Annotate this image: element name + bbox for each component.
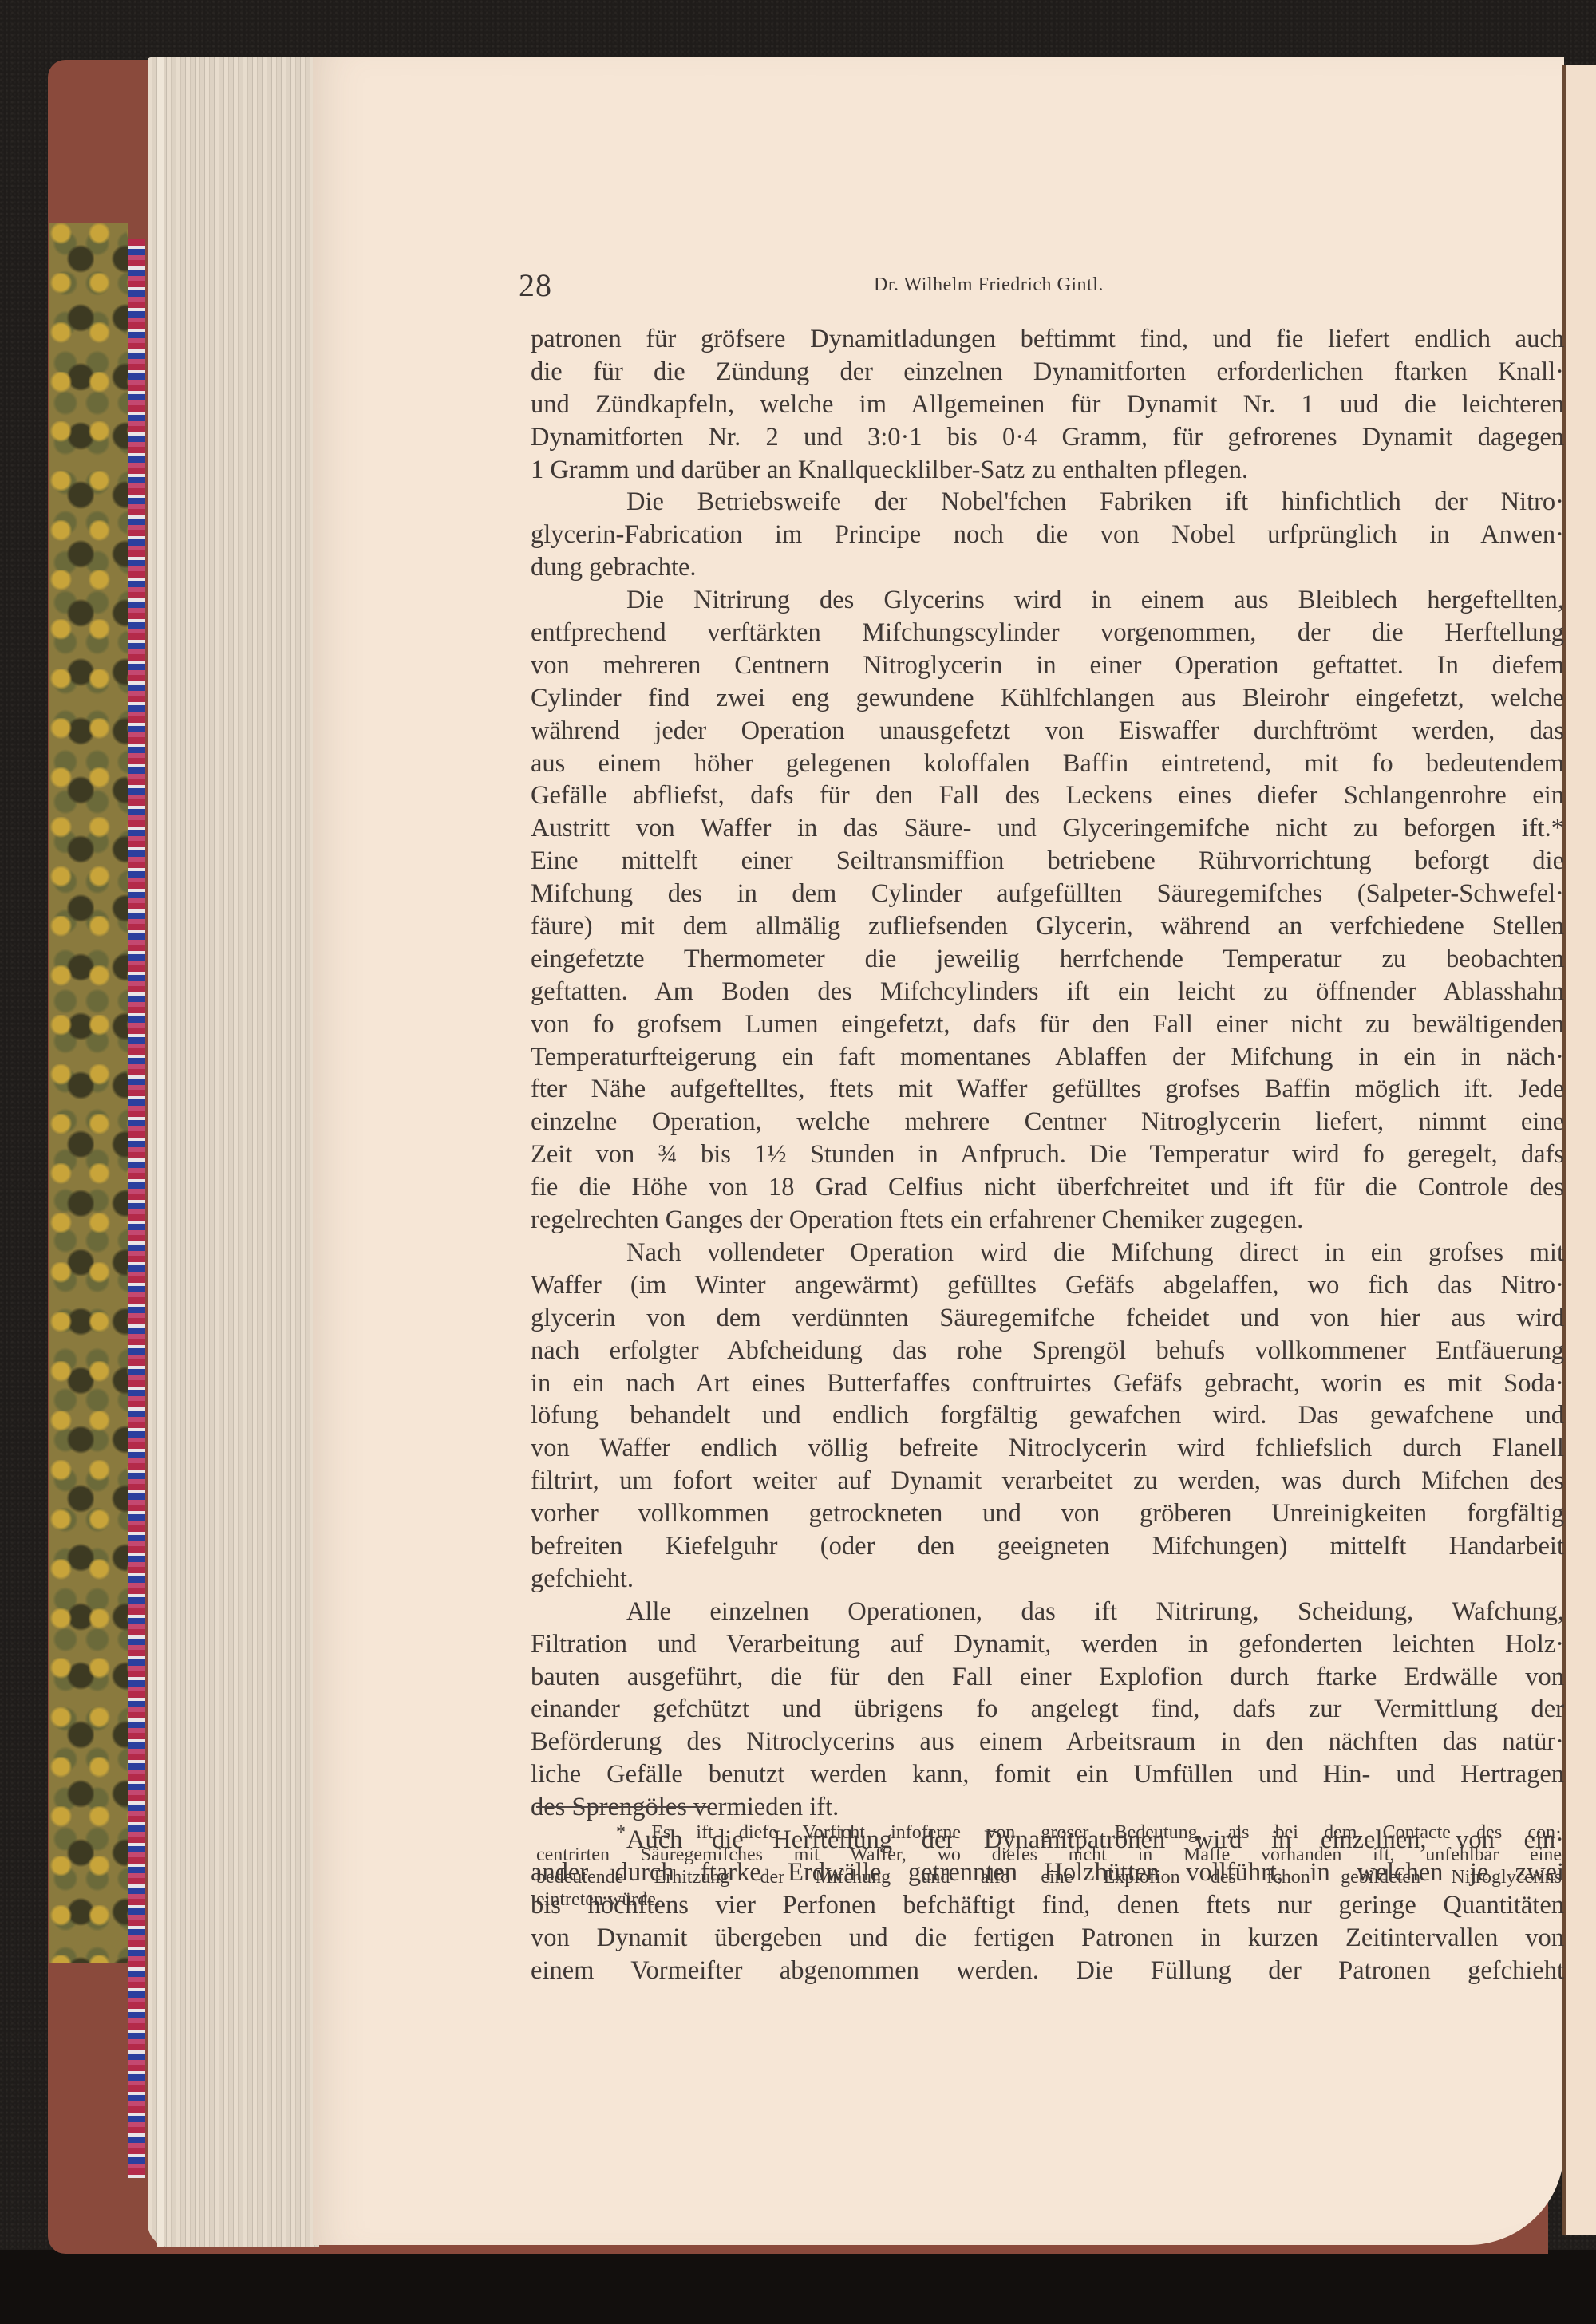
paragraph: Alle einzelnen Operationen, das ift Nitr…: [531, 1596, 1564, 1824]
text-line: von Waffer endlich völlig befreite Nitro…: [531, 1432, 1564, 1465]
text-line: von mehreren Centnern Nitroglycerin in e…: [531, 649, 1564, 682]
text-line: aus einem höher gelegenen koloffalen Baf…: [531, 748, 1564, 780]
paragraph: patronen für gröfsere Dynamitladungen be…: [531, 323, 1564, 486]
text-line: befreiten Kiefelguhr (oder den geeignete…: [531, 1530, 1564, 1563]
text-line: glycerin-Fabrication im Principe noch di…: [531, 519, 1564, 551]
footnote-line: centrirten Säuregemifches mit Waffer, wo…: [536, 1844, 1562, 1866]
facing-page-edge: [1566, 65, 1596, 2235]
footnote: * Es ift diefe Vorficht infoferne von gr…: [536, 1821, 1562, 1911]
text-line: von Dynamit übergeben und die fertigen P…: [531, 1922, 1564, 1955]
text-line: Alle einzelnen Operationen, das ift Nitr…: [531, 1596, 1564, 1628]
footnote-line: bedeutende Erhitzung der Mifchung und al…: [536, 1866, 1562, 1888]
text-line: Waffer (im Winter angewärmt) gefülltes G…: [531, 1269, 1564, 1302]
page-block-edges: [148, 57, 319, 2247]
text-line: geftatten. Am Boden des Mifchcylinders i…: [531, 976, 1564, 1008]
text-line: löfung behandelt und endlich forgfältig …: [531, 1399, 1564, 1432]
text-line: vorher vollkommen getrockneten und von g…: [531, 1497, 1564, 1530]
text-line: einzelne Operation, welche mehrere Centn…: [531, 1106, 1564, 1138]
text-line: Gefälle abfliefst, dafs für den Fall des…: [531, 779, 1564, 812]
text-line: regelrechten Ganges der Operation ftets …: [531, 1204, 1564, 1237]
text-line: die für die Zündung der einzelnen Dynami…: [531, 356, 1564, 389]
marbled-endpaper: [128, 239, 145, 2178]
text-line: Temperaturfteigerung ein faft momentanes…: [531, 1041, 1564, 1074]
text-line: 1 Gramm und darüber an Knallquecklilber-…: [531, 454, 1564, 487]
text-line: nach erfolgter Abfcheidung das rohe Spre…: [531, 1335, 1564, 1367]
paragraph: Die Nitrirung des Glycerins wird in eine…: [531, 584, 1564, 1237]
text-line: fäure) mit dem allmälig zufliefsenden Gl…: [531, 910, 1564, 943]
text-line: Austritt von Waffer in das Säure- und Gl…: [531, 812, 1564, 845]
text-line: gefchieht.: [531, 1563, 1564, 1596]
text-line: Nach vollendeter Operation wird die Mifc…: [531, 1237, 1564, 1269]
text-line: einander gefchützt und übrigens fo angel…: [531, 1693, 1564, 1726]
text-line: Mifchung des in dem Cylinder aufgefüllte…: [531, 878, 1564, 910]
running-head: 28 Dr. Wilhelm Friedrich Gintl.: [519, 266, 1564, 306]
text-line: entfprechend verftärkten Mifchungscylind…: [531, 617, 1564, 649]
text-line: eingefetzte Thermometer die jeweilig her…: [531, 943, 1564, 976]
text-line: fie die Höhe von 18 Grad Celfius nicht ü…: [531, 1171, 1564, 1204]
scan-shadow: [0, 2250, 1596, 2324]
text-line: und Zündkapfeln, welche im Allgemeinen f…: [531, 389, 1564, 421]
running-title: Dr. Wilhelm Friedrich Gintl.: [874, 274, 1104, 296]
text-line: Beförderung des Nitroclycerins aus einem…: [531, 1726, 1564, 1758]
text-line: von fo grofsem Lumen eingefetzt, dafs fü…: [531, 1008, 1564, 1041]
page-number: 28: [519, 266, 552, 304]
text-line: dung gebrachte.: [531, 551, 1564, 584]
text-line: glycerin von dem verdünnten Säuregemifch…: [531, 1302, 1564, 1335]
cover-marbled-board: [49, 223, 128, 1963]
text-line: patronen für gröfsere Dynamitladungen be…: [531, 323, 1564, 356]
text-line: Eine mittelft einer Seiltransmiffion bet…: [531, 845, 1564, 878]
paragraph: Nach vollendeter Operation wird die Mifc…: [531, 1237, 1564, 1596]
text-line: Die Nitrirung des Glycerins wird in eine…: [531, 584, 1564, 617]
body-text: patronen für gröfsere Dynamitladungen be…: [531, 323, 1564, 1987]
footnote-line: * Es ift diefe Vorficht infoferne von gr…: [536, 1821, 1562, 1844]
paragraph: Die Betriebsweife der Nobel'fchen Fabrik…: [531, 486, 1564, 584]
text-line: Filtration und Verarbeitung auf Dynamit,…: [531, 1628, 1564, 1661]
text-line: während jeder Operation unausgefetzt von…: [531, 715, 1564, 748]
text-line: fter Nähe aufgeftelltes, ftets mit Waffe…: [531, 1073, 1564, 1106]
text-line: bauten ausgeführt, die für den Fall eine…: [531, 1661, 1564, 1694]
page-edge-highlight: [157, 57, 164, 2247]
text-line: liche Gefälle benutzt werden kann, fomit…: [531, 1758, 1564, 1791]
text-line: filtrirt, um fofort weiter auf Dynamit v…: [531, 1465, 1564, 1497]
text-line: Dynamitforten Nr. 2 und 3:0·1 bis 0·4 Gr…: [531, 421, 1564, 454]
text-line: Die Betriebsweife der Nobel'fchen Fabrik…: [531, 486, 1564, 519]
text-line: in ein nach Art eines Butterfaffes conft…: [531, 1367, 1564, 1400]
footnote-rule: [536, 1806, 710, 1808]
text-line: einem Vormeifter abgenommen werden. Die …: [531, 1955, 1564, 1987]
text-line: Zeit von ¾ bis 1½ Stunden in Anfpruch. D…: [531, 1138, 1564, 1171]
text-line: Cylinder find zwei eng gewundene Kühlfch…: [531, 682, 1564, 715]
footnote-line: eintreten würde.: [536, 1888, 1562, 1911]
